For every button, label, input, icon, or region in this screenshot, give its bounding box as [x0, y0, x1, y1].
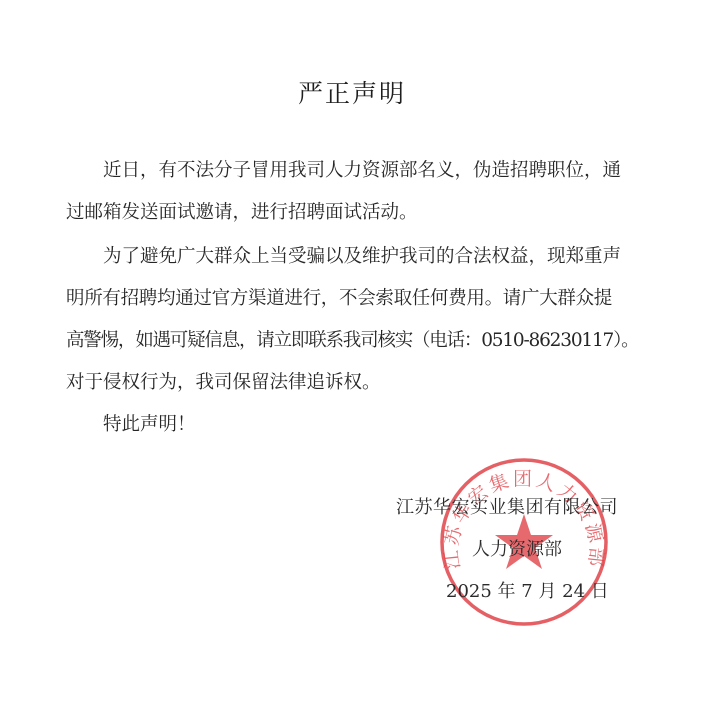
signature-date: 2025 年 7 月 24 日: [446, 577, 609, 603]
paragraph-line: 高警惕，如遇可疑信息，请立即联系我司核实（电话：0510-86230117）。: [66, 320, 646, 362]
paragraph-line: 对于侵权行为，我司保留法律追诉权。: [66, 362, 646, 404]
paragraph-3: 特此声明！: [66, 404, 646, 446]
paragraph-line: 明所有招聘均通过官方渠道进行，不会索取任何费用。请广大群众提: [66, 278, 646, 320]
paragraph-1: 近日，有不法分子冒用我司人力资源部名义，伪造招聘职位，通 过邮箱发送面试邀请，进…: [66, 150, 646, 234]
paragraph-2: 为了避免广大群众上当受骗以及维护我司的合法权益，现郑重声 明所有招聘均通过官方渠…: [66, 236, 646, 404]
signature-company: 江苏华宏实业集团有限公司: [396, 493, 618, 519]
document-title: 严正声明: [0, 74, 704, 110]
paragraph-line: 近日，有不法分子冒用我司人力资源部名义，伪造招聘职位，通: [66, 150, 646, 192]
signature-department: 人力资源部: [472, 535, 562, 561]
paragraph-line: 特此声明！: [66, 404, 646, 446]
paragraph-line: 为了避免广大群众上当受骗以及维护我司的合法权益，现郑重声: [66, 236, 646, 278]
paragraph-line: 过邮箱发送面试邀请，进行招聘面试活动。: [66, 192, 646, 234]
